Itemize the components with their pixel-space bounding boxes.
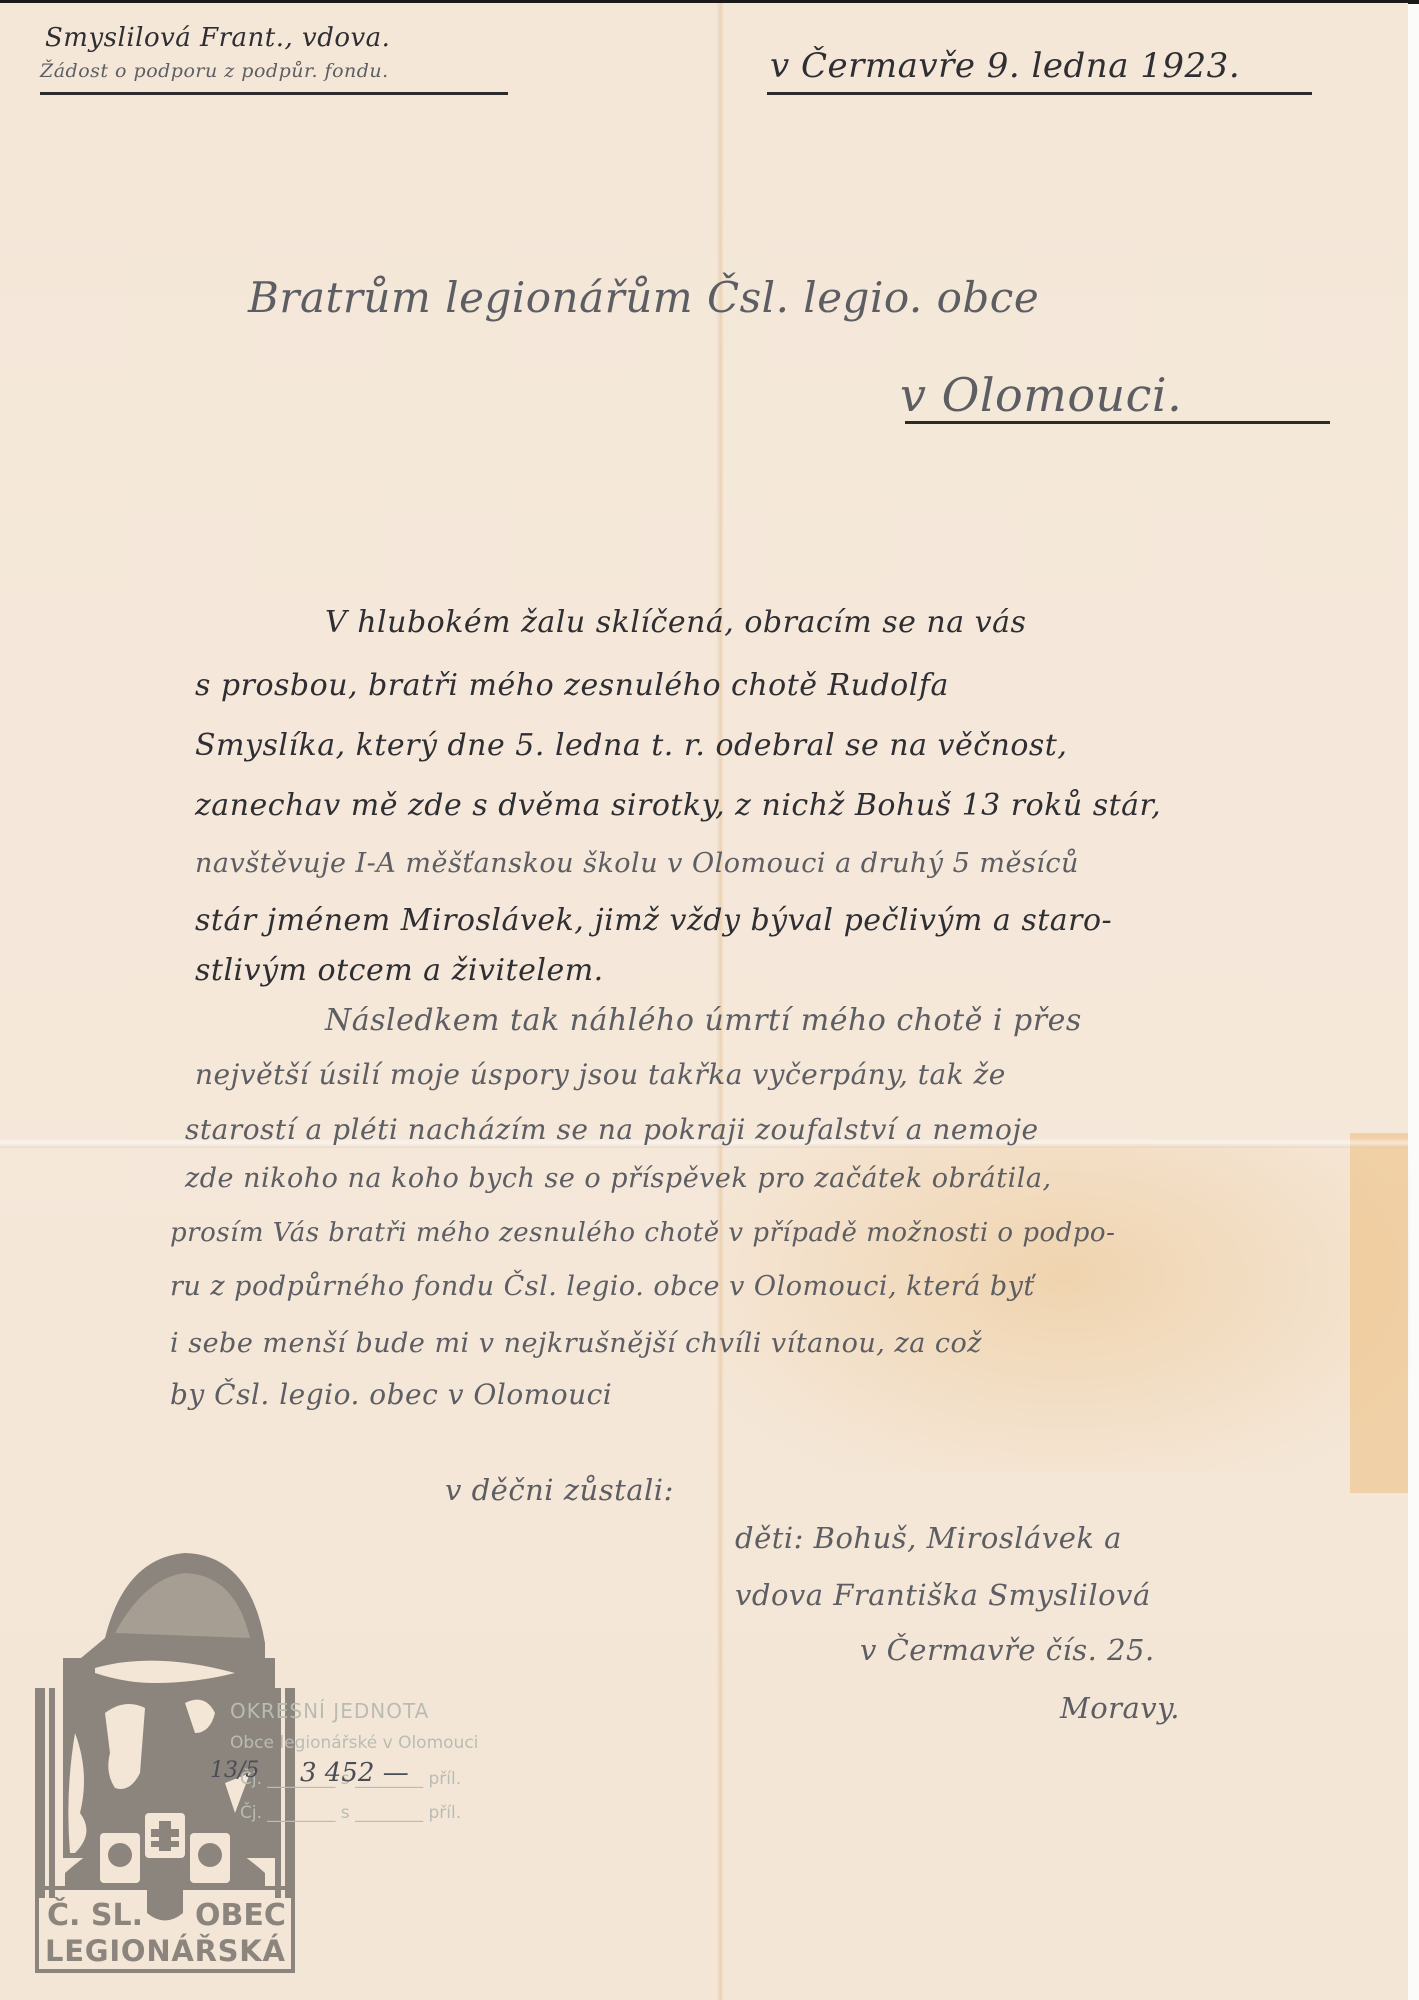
signature-line: děti: Bohuš, Miroslávek a — [735, 1521, 1122, 1555]
stamp-margin-note: 13/5 — [210, 1758, 259, 1783]
body-line: zde nikoho na koho bych se o příspěvek p… — [185, 1163, 1052, 1194]
header-underline-right — [767, 92, 1312, 95]
addressee-line-2: v Olomouci. — [900, 368, 1182, 422]
body-line: stlivým otcem a živitelem. — [195, 953, 604, 988]
body-line: starostí a pléti nacházím se na pokraji … — [185, 1113, 1039, 1146]
body-line: V hlubokém žalu sklíčená, obracím se na … — [325, 605, 1026, 640]
body-line: ru z podpůrného fondu Čsl. legio. obce v… — [170, 1271, 1035, 1302]
addressee-underline — [905, 421, 1330, 424]
letter-paper: Smyslilová Frant., vdova. Žádost o podpo… — [0, 3, 1408, 2000]
body-line: Smyslíka, který dne 5. ledna t. r. odebr… — [195, 728, 1067, 763]
addressee-line-1: Bratrům legionářům Čsl. legio. obce — [248, 273, 1039, 322]
header-underline-left — [40, 92, 508, 95]
place-and-date: v Čermavře 9. ledna 1923. — [770, 46, 1240, 86]
stamp-title: OKRESNÍ JEDNOTA — [230, 1699, 429, 1723]
edge-stain — [1350, 1133, 1408, 1493]
sender-note: Smyslilová Frant., vdova. — [45, 23, 390, 53]
stamp-subtitle: Obce legionářské v Olomouci — [230, 1733, 478, 1753]
body-line: prosím Vás bratři mého zesnulého chotě v… — [170, 1218, 1115, 1248]
stamp-handwritten-number: 3 452 — — [300, 1758, 409, 1788]
body-line: i sebe menší bude mi v nejkrušnější chví… — [170, 1328, 982, 1359]
svg-text:OBEC: OBEC — [195, 1898, 286, 1933]
body-line: s prosbou, bratři mého zesnulého chotě R… — [195, 668, 949, 703]
body-line: stár jménem Miroslávek, jimž vždy býval … — [195, 903, 1112, 938]
body-line: Následkem tak náhlého úmrtí mého chotě i… — [325, 1003, 1082, 1038]
stamp-row-2: Čj. ________ s ________ příl. — [240, 1803, 461, 1823]
signature-line: vdova Františka Smyslilová — [735, 1578, 1151, 1612]
body-line: zanechav mě zde s dvěma sirotky, z nichž… — [195, 788, 1161, 823]
signature-line: v Čermavře čís. 25. — [860, 1633, 1155, 1667]
body-line: by Čsl. legio. obec v Olomouci — [170, 1378, 612, 1411]
body-line: navštěvuje I-A měšťanskou školu v Olomou… — [195, 848, 1079, 879]
body-line: největší úsilí moje úspory jsou takřka v… — [195, 1058, 1006, 1091]
closing-left: v děčni zůstali: — [445, 1473, 674, 1507]
signature-line: Moravy. — [1060, 1691, 1180, 1725]
subject-note: Žádost o podporu z podpůr. fondu. — [40, 60, 389, 82]
svg-text:Č. SL.: Č. SL. — [47, 1896, 143, 1933]
svg-text:LEGIONÁŘSKÁ: LEGIONÁŘSKÁ — [45, 1934, 286, 1968]
